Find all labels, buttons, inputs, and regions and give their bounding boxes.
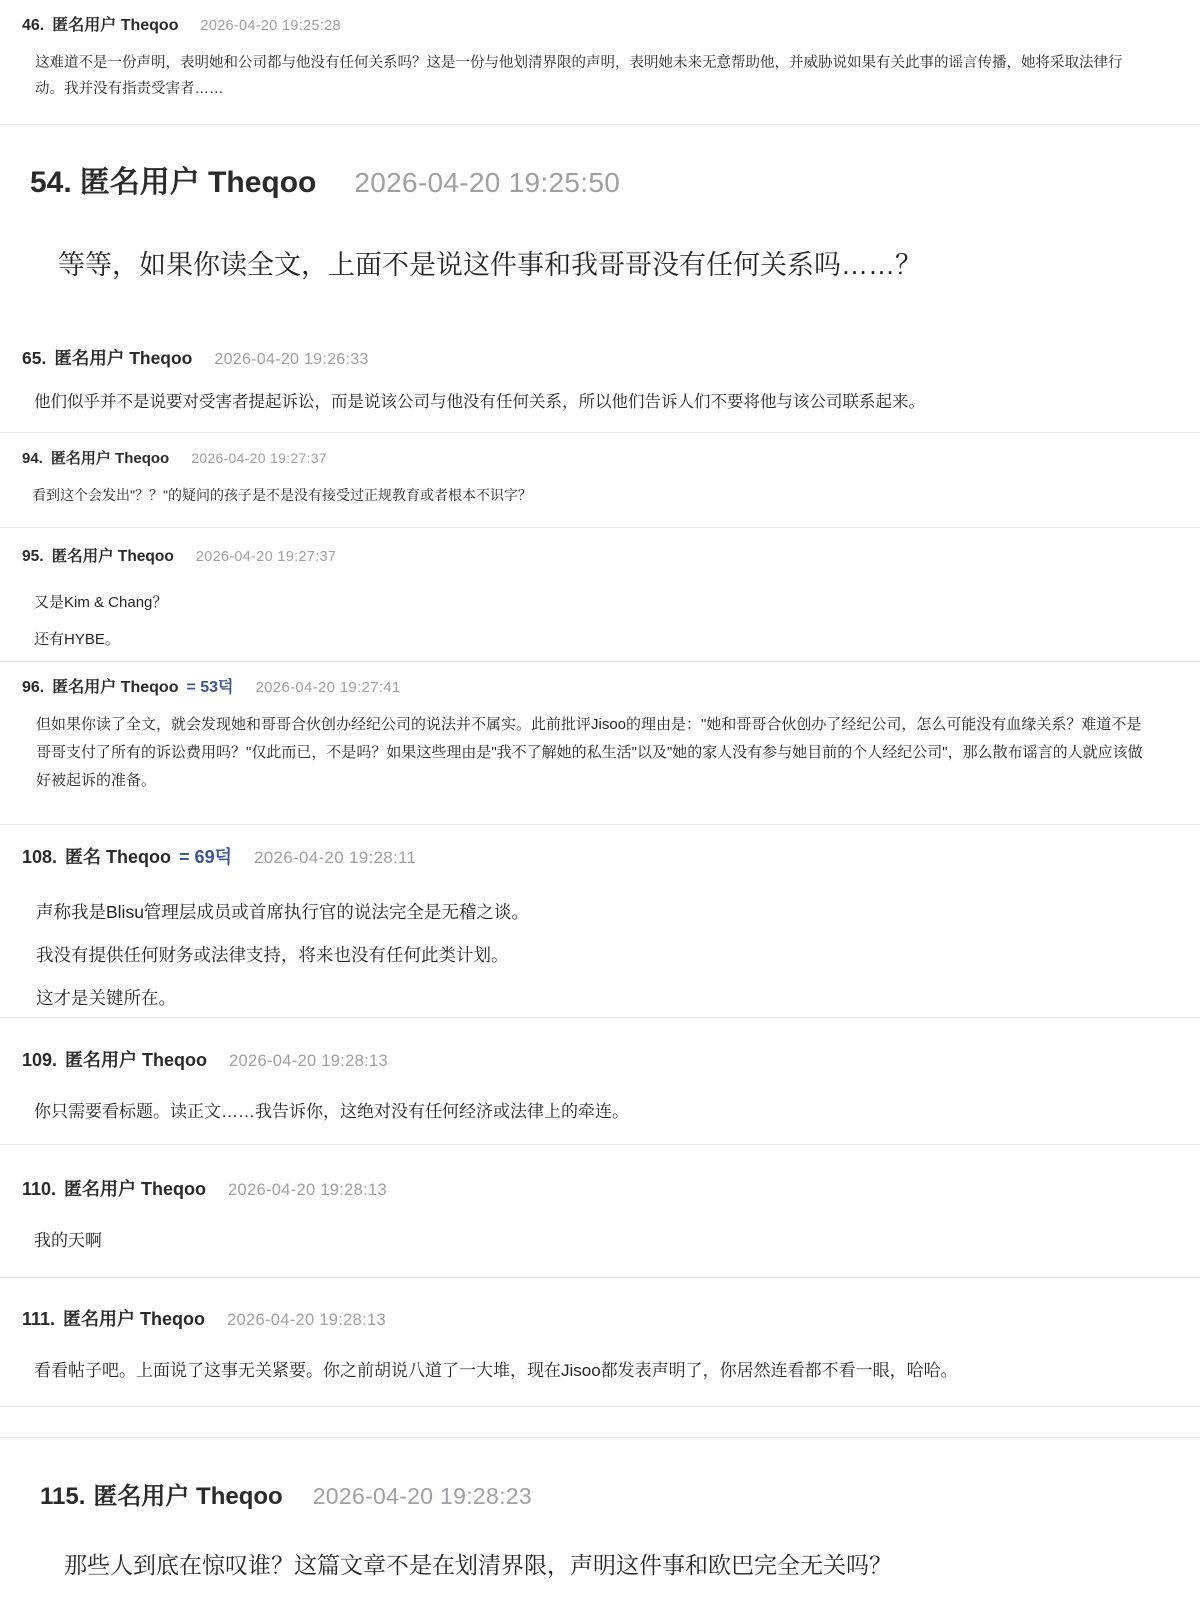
comment-body: 那些人到底在惊叹谁？这篇文章不是在划清界限，声明这件事和欧巴完全无关吗？ [40,1549,1178,1581]
comment-author: 匿名用户 Theqoo [80,157,317,201]
comment-number: 108. [22,847,57,868]
comment-author: 匿名用户 Theqoo [93,1476,282,1511]
comment-body: 看到这个会发出"？？"的疑问的孩子是不是没有接受过正规教育或者根本不识字？ [22,484,1178,506]
comment-author: 匿名 Theqoo [65,843,171,869]
comment-115: 115. 匿名用户 Theqoo 2026-04-20 19:28:23 那些人… [0,1438,1200,1614]
comment-number: 96. [22,679,44,697]
comment-96: 96. 匿名用户 Theqoo = 53덕 2026-04-20 19:27:4… [0,662,1200,825]
comment-number: 95. [22,548,44,566]
comment-46: 46. 匿名用户 Theqoo 2026-04-20 19:25:28 这难道不… [0,0,1200,125]
comment-body: 但如果你读了全文，就会发现她和哥哥合伙创办经纪公司的说法并不属实。此前批评Jis… [22,711,1178,795]
comment-body-line: 你只需要看标题。读正文……我告诉你，这绝对没有任何经济或法律上的牵连。 [34,1100,1178,1124]
comment-number: 94. [22,450,43,467]
comment-body: 又是Kim & Chang？ 还有HYBE。 [22,584,1178,658]
comment-number: 110. [22,1179,56,1200]
comment-timestamp: 2026-04-20 19:25:50 [354,167,620,199]
comment-header: 115. 匿名用户 Theqoo 2026-04-20 19:28:23 [40,1476,1178,1511]
comment-timestamp: 2026-04-20 19:28:11 [254,848,416,868]
comment-body-line: 但如果你读了全文，就会发现她和哥哥合伙创办经纪公司的说法并不属实。此前批评Jis… [36,711,1150,795]
comment-header: 110. 匿名用户 Theqoo 2026-04-20 19:28:13 [22,1175,1178,1201]
comment-header: 111. 匿名用户 Theqoo 2026-04-20 19:28:13 [22,1305,1178,1331]
comment-points-badge: = 69덕 [179,843,232,869]
comment-number: 65. [22,348,46,369]
comment-timestamp: 2026-04-20 19:28:13 [228,1181,387,1200]
comment-94: 94. 匿名用户 Theqoo 2026-04-20 19:27:37 看到这个… [0,433,1200,528]
comment-95: 95. 匿名用户 Theqoo 2026-04-20 19:27:37 又是Ki… [0,528,1200,662]
comment-number: 46. [22,17,44,35]
comment-body: 我的天啊 [22,1229,1178,1253]
comment-author: 匿名用户 Theqoo [63,1305,205,1331]
comment-111: 111. 匿名用户 Theqoo 2026-04-20 19:28:13 看看帖… [0,1278,1200,1407]
comment-header: 95. 匿名用户 Theqoo 2026-04-20 19:27:37 [22,544,1178,566]
comment-body: 这难道不是一份声明，表明她和公司都与他没有任何关系吗？这是一份与他划清界限的声明… [22,50,1178,102]
comment-body-line: 又是Kim & Chang？ [34,584,1178,621]
comment-author: 匿名用户 Theqoo [65,1046,207,1072]
comment-points-badge: = 53덕 [186,674,233,697]
comment-header: 65. 匿名用户 Theqoo 2026-04-20 19:26:33 [22,345,1178,370]
comment-body-line: 他们似乎并不是说要对受害者提起诉讼，而是说该公司与他没有任何关系，所以他们告诉人… [34,390,1178,414]
comment-54: 54. 匿名用户 Theqoo 2026-04-20 19:25:50 等等，如… [0,125,1200,330]
comment-thread: 46. 匿名用户 Theqoo 2026-04-20 19:25:28 这难道不… [0,0,1200,1614]
comment-timestamp: 2026-04-20 19:28:13 [227,1311,386,1330]
comment-body-line: 我的天啊 [34,1229,1178,1253]
comment-body-line: 等等，如果你读全文，上面不是说这件事和我哥哥没有任何关系吗……？ [58,247,1178,283]
comment-65: 65. 匿名用户 Theqoo 2026-04-20 19:26:33 他们似乎… [0,330,1200,433]
comment-timestamp: 2026-04-20 19:25:28 [200,18,340,34]
comment-timestamp: 2026-04-20 19:28:23 [313,1483,532,1510]
comment-author: 匿名用户 Theqoo [52,674,178,697]
comment-number: 115. [40,1483,85,1511]
comment-header: 108. 匿名 Theqoo = 69덕 2026-04-20 19:28:11 [22,843,1178,869]
screenshot-seam-divider [0,1407,1200,1438]
comment-body-line: 还有HYBE。 [34,621,1178,658]
comment-body-line: 我没有提供任何财务或法律支持，将来也没有任何此类计划。 [36,934,1178,977]
comment-header: 94. 匿名用户 Theqoo 2026-04-20 19:27:37 [22,447,1178,468]
comment-body-line: 看到这个会发出"？？"的疑问的孩子是不是没有接受过正规教育或者根本不识字？ [32,484,1178,506]
comment-body: 等等，如果你读全文，上面不是说这件事和我哥哥没有任何关系吗……？ [30,247,1178,283]
comment-body: 他们似乎并不是说要对受害者提起诉讼，而是说该公司与他没有任何关系，所以他们告诉人… [22,390,1178,414]
comment-timestamp: 2026-04-20 19:27:41 [256,679,401,696]
comment-timestamp: 2026-04-20 19:27:37 [191,450,327,466]
comment-author: 匿名用户 Theqoo [54,345,192,370]
comment-number: 54. [30,166,72,200]
comment-body-line: 看看帖子吧。上面说了这事无关紧要。你之前胡说八道了一大堆，现在Jisoo都发表声… [34,1359,1178,1383]
comment-timestamp: 2026-04-20 19:27:37 [196,549,336,565]
comment-108: 108. 匿名 Theqoo = 69덕 2026-04-20 19:28:11… [0,825,1200,1018]
comment-body: 你只需要看标题。读正文……我告诉你，这绝对没有任何经济或法律上的牵连。 [22,1100,1178,1124]
comment-author: 匿名用户 Theqoo [64,1175,206,1201]
comment-header: 46. 匿名用户 Theqoo 2026-04-20 19:25:28 [22,12,1178,35]
comment-109: 109. 匿名用户 Theqoo 2026-04-20 19:28:13 你只需… [0,1018,1200,1145]
comment-body-line: 那些人到底在惊叹谁？这篇文章不是在划清界限，声明这件事和欧巴完全无关吗？ [64,1549,1178,1581]
comment-author: 匿名用户 Theqoo [52,544,174,566]
comment-header: 96. 匿名用户 Theqoo = 53덕 2026-04-20 19:27:4… [22,674,1178,697]
comment-body-line: 声称我是Blisu管理层成员或首席执行官的说法完全是无稽之谈。 [36,891,1178,934]
comment-number: 111. [22,1309,55,1330]
comment-body: 看看帖子吧。上面说了这事无关紧要。你之前胡说八道了一大堆，现在Jisoo都发表声… [22,1359,1178,1383]
comment-header: 54. 匿名用户 Theqoo 2026-04-20 19:25:50 [30,157,1178,201]
comment-timestamp: 2026-04-20 19:28:13 [229,1052,388,1071]
comment-110: 110. 匿名用户 Theqoo 2026-04-20 19:28:13 我的天… [0,1145,1200,1278]
comment-author: 匿名用户 Theqoo [51,447,169,468]
comment-timestamp: 2026-04-20 19:26:33 [214,351,368,369]
comment-number: 109. [22,1050,57,1071]
comment-body-line: 这才是关键所在。 [36,977,1178,1018]
comment-body-line: 这难道不是一份声明，表明她和公司都与他没有任何关系吗？这是一份与他划清界限的声明… [35,50,1138,102]
comment-author: 匿名用户 Theqoo [52,12,178,35]
comment-header: 109. 匿名用户 Theqoo 2026-04-20 19:28:13 [22,1046,1178,1072]
comment-body: 声称我是Blisu管理层成员或首席执行官的说法完全是无稽之谈。 我没有提供任何财… [22,891,1178,1018]
